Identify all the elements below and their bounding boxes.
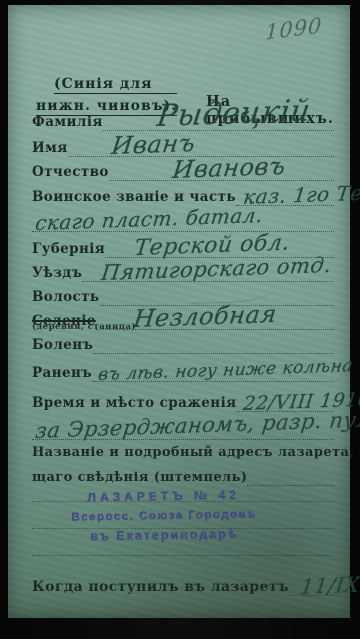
- wounded-value: въ лѣв. ногу ниже колѣна: [97, 356, 354, 385]
- field-patronymic: Отчество Ивановъ: [32, 158, 334, 181]
- hospital-stamp: ЛАЗАРЕТЪ № 42 Всеросс. Союза Городовъ въ…: [8, 486, 321, 544]
- rank-unit-value-line2: скаго пласт. батал.: [34, 203, 264, 235]
- province-label: Губернія: [32, 241, 105, 258]
- sick-label: Боленъ: [32, 337, 93, 354]
- battle-value-line2: за Эрзерджаномъ, разр. пуля: [34, 407, 360, 443]
- stamp-line2: Всеросс. Союза Городовъ: [8, 507, 320, 524]
- field-admitted: Когда поступилъ въ лазаретъ 11/IX 1916 г…: [32, 570, 334, 596]
- ruled-line: Пятигорскаго отд.: [82, 257, 334, 282]
- hospital-address-label-line2: щаго свѣдѣнія (штемпель): [32, 470, 247, 486]
- field-sick: Боленъ: [32, 332, 334, 354]
- hospital-address-caption-line2: щаго свѣдѣнія (штемпель): [32, 468, 334, 486]
- ruled-line: скаго пласт. батал.: [32, 209, 334, 232]
- field-surname: Фамилія Рыдецкій: [32, 105, 334, 131]
- wounded-label: Раненъ: [32, 365, 92, 382]
- ruled-line: въ лѣв. ногу ниже колѣна: [92, 357, 334, 382]
- patronymic-value: Ивановъ: [171, 152, 287, 184]
- district-value: Пятигорскаго отд.: [100, 253, 333, 285]
- district-label: Уѣздъ: [32, 265, 82, 282]
- field-rank-unit-line2: скаго пласт. батал.: [32, 210, 334, 232]
- battle-label: Время и мѣсто сраженія: [32, 395, 236, 412]
- hospital-address-label-line1: Названіе и подробный адресъ лазарета, со…: [32, 445, 360, 461]
- first-name-label: Имя: [32, 140, 68, 157]
- admitted-value: 11/IX 1916 г.: [299, 570, 360, 599]
- archive-number: 1090: [264, 13, 322, 44]
- ruled-line: 11/IX 1916 г.: [289, 569, 334, 596]
- field-battle: Время и мѣсто сраженія 22/VIII 1916 г.: [32, 388, 334, 412]
- hospital-address-caption-line1: Названіе и подробный адресъ лазарета, со…: [32, 443, 334, 461]
- admitted-label: Когда поступилъ въ лазаретъ: [32, 579, 289, 596]
- field-wounded: Раненъ въ лѣв. ногу ниже колѣна: [32, 358, 334, 382]
- ruled-line: [32, 555, 334, 556]
- hospital-admission-card: 1090 (Синія для нижн. чиновъ). На прибыв…: [8, 5, 350, 618]
- field-district: Уѣздъ Пятигорскаго отд.: [32, 258, 334, 282]
- ruled-line: [93, 331, 334, 354]
- surname-label: Фамилія: [32, 114, 103, 131]
- ruled-line: Ивановъ: [109, 157, 334, 181]
- ruled-line: Рыдецкій: [103, 104, 334, 131]
- ruled-line: Иванъ: [68, 133, 334, 157]
- scanned-document: 1090 (Синія для нижн. чиновъ). На прибыв…: [0, 0, 360, 639]
- corner-note-line1: (Синія для: [54, 77, 177, 94]
- stamp-line1: ЛАЗАРЕТЪ № 42: [8, 486, 320, 505]
- village-value: Незлобная: [132, 300, 278, 333]
- surname-value: Рыдецкій: [155, 93, 312, 134]
- patronymic-label: Отчество: [32, 164, 109, 181]
- ruled-line: [247, 467, 334, 486]
- ruled-line: за Эрзерджаномъ, разр. пуля: [32, 413, 334, 440]
- field-first-name: Имя Иванъ: [32, 134, 334, 157]
- stamp-line3: въ Екатеринодарѣ: [8, 525, 320, 544]
- rank-unit-label: Воинское званіе и часть: [32, 189, 236, 206]
- field-rank-unit: Воинское званіе и часть каз. 1го Тер-: [32, 184, 334, 206]
- volost-label: Волость: [32, 289, 100, 306]
- field-battle-line2: за Эрзерджаномъ, разр. пуля: [32, 414, 334, 440]
